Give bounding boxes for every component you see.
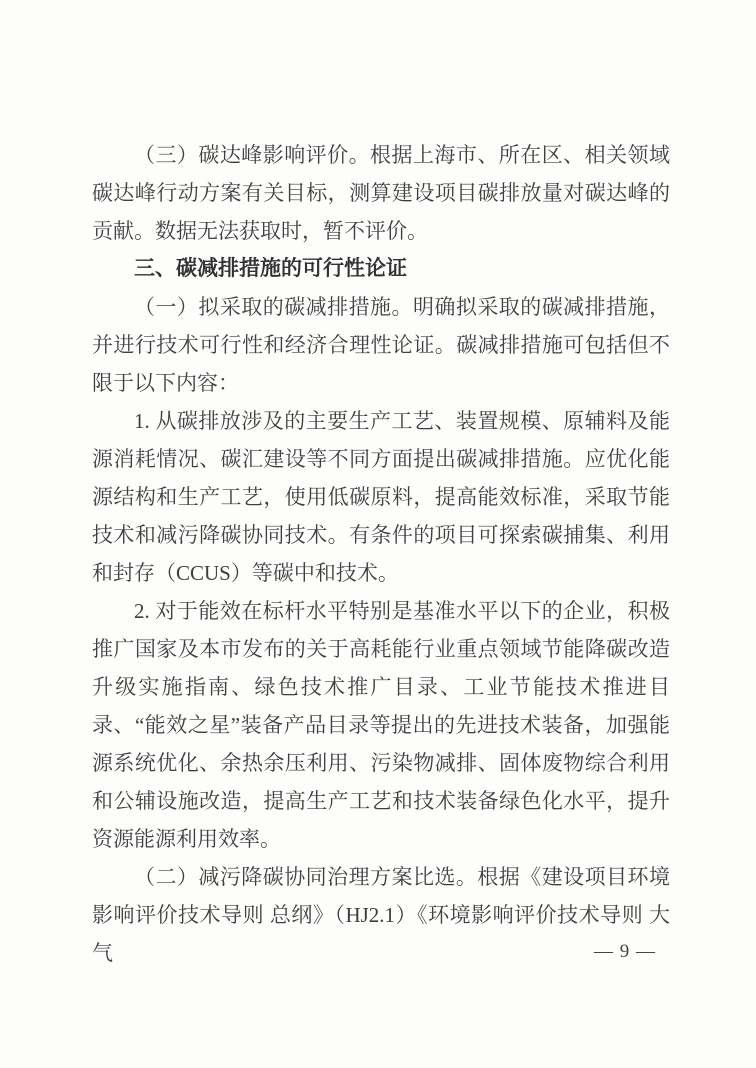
paragraph-measure-item-2-energy-efficiency: 2. 对于能效在标杆水平特别是基准水平以下的企业，积极推广国家及本市发布的关于高… <box>92 592 670 858</box>
document-page: （三）碳达峰影响评价。根据上海市、所在区、相关领域碳达峰行动方案有关目标，测算建… <box>0 0 756 1068</box>
page-footer: — 9 — <box>0 938 656 966</box>
paragraph-measure-item-1-process-and-energy: 1. 从碳排放涉及的主要生产工艺、装置规模、原辅料及能源消耗情况、碳汇建设等不同… <box>92 402 670 592</box>
document-body: （三）碳达峰影响评价。根据上海市、所在区、相关领域碳达峰行动方案有关目标，测算建… <box>92 136 670 972</box>
paragraph-carbon-peak-impact-evaluation: （三）碳达峰影响评价。根据上海市、所在区、相关领域碳达峰行动方案有关目标，测算建… <box>92 136 670 250</box>
paragraph-proposed-carbon-reduction-measures: （一）拟采取的碳减排措施。明确拟采取的碳减排措施，并进行技术可行性和经济合理性论… <box>92 288 670 402</box>
page-number: — 9 — <box>594 941 656 962</box>
section-heading-carbon-reduction-feasibility: 三、碳减排措施的可行性论证 <box>92 250 670 288</box>
